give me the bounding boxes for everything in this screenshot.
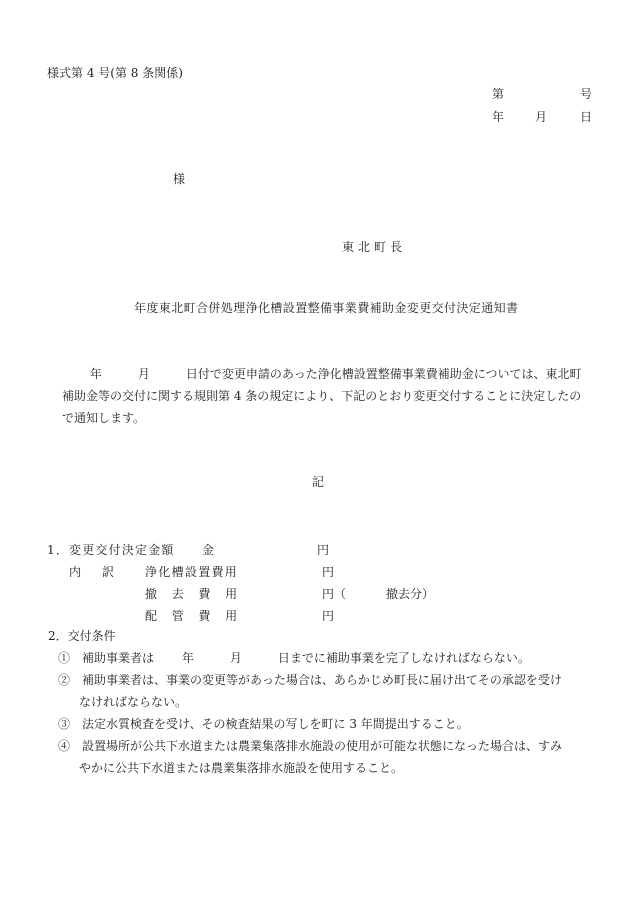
breakdown-item-2-unit: 円（ bbox=[322, 587, 346, 602]
breakdown-item-2-name: 撤去費用 bbox=[145, 587, 252, 602]
addressee-honorific: 様 bbox=[173, 172, 185, 187]
section1-heading: 1．変更交付決定金額 bbox=[47, 543, 175, 558]
breakdown-label: 内訳 bbox=[69, 565, 135, 580]
condition-item-1: ① 補助事業者は 年 月 日までに補助事業を完了しなければならない。 bbox=[58, 651, 530, 666]
amount-unit: 円 bbox=[317, 543, 329, 558]
condition-item-4-line-2: やかに公共下水道または農業集落排水施設を使用すること。 bbox=[79, 761, 403, 776]
section2-heading: 2．交付条件 bbox=[48, 629, 116, 644]
issue-number-prefix: 第 bbox=[492, 87, 504, 102]
condition-item-2-line-1: ② 補助事業者は、事業の変更等があった場合は、あらかじめ町長に届け出てその承認を… bbox=[58, 673, 562, 688]
date-month-label: 月 bbox=[535, 110, 547, 125]
amount-prefix: 金 bbox=[202, 543, 214, 558]
breakdown-item-2-note: 撤去分） bbox=[386, 587, 434, 602]
breakdown-item-3-name: 配管費用 bbox=[145, 609, 252, 624]
record-mark: 記 bbox=[312, 475, 324, 490]
document-page: 様式第 4 号(第 8 条関係) 第 号 年 月 日 様 東北町長 年度東北町合… bbox=[0, 0, 630, 903]
body-line-1: 年 月 日付で変更申請のあった浄化槽設置整備事業費補助金については、東北町 bbox=[62, 367, 581, 382]
body-line-2: 補助金等の交付に関する規則第 4 条の規定により、下記のとおり変更交付することに… bbox=[62, 389, 581, 404]
breakdown-item-1-name: 浄化槽設置費用 bbox=[145, 565, 238, 580]
condition-item-3: ③ 法定水質検査を受け、その検査結果の写しを町に 3 年間提出すること。 bbox=[58, 717, 469, 732]
body-line-3: で通知します。 bbox=[62, 411, 145, 426]
form-number: 様式第 4 号(第 8 条関係) bbox=[47, 66, 183, 81]
sender-title: 東北町長 bbox=[342, 240, 406, 255]
date-day-label: 日 bbox=[580, 110, 592, 125]
date-year-label: 年 bbox=[492, 110, 504, 125]
condition-item-4-line-1: ④ 設置場所が公共下水道または農業集落排水施設の使用が可能な状態になった場合は、… bbox=[58, 739, 562, 754]
document-title: 年度東北町合併処理浄化槽設置整備事業費補助金変更交付決定通知書 bbox=[134, 301, 518, 316]
condition-item-2-line-2: なければならない。 bbox=[79, 695, 187, 710]
breakdown-item-1-unit: 円 bbox=[322, 565, 334, 580]
breakdown-item-3-unit: 円 bbox=[322, 609, 334, 624]
issue-number-suffix: 号 bbox=[580, 87, 592, 102]
